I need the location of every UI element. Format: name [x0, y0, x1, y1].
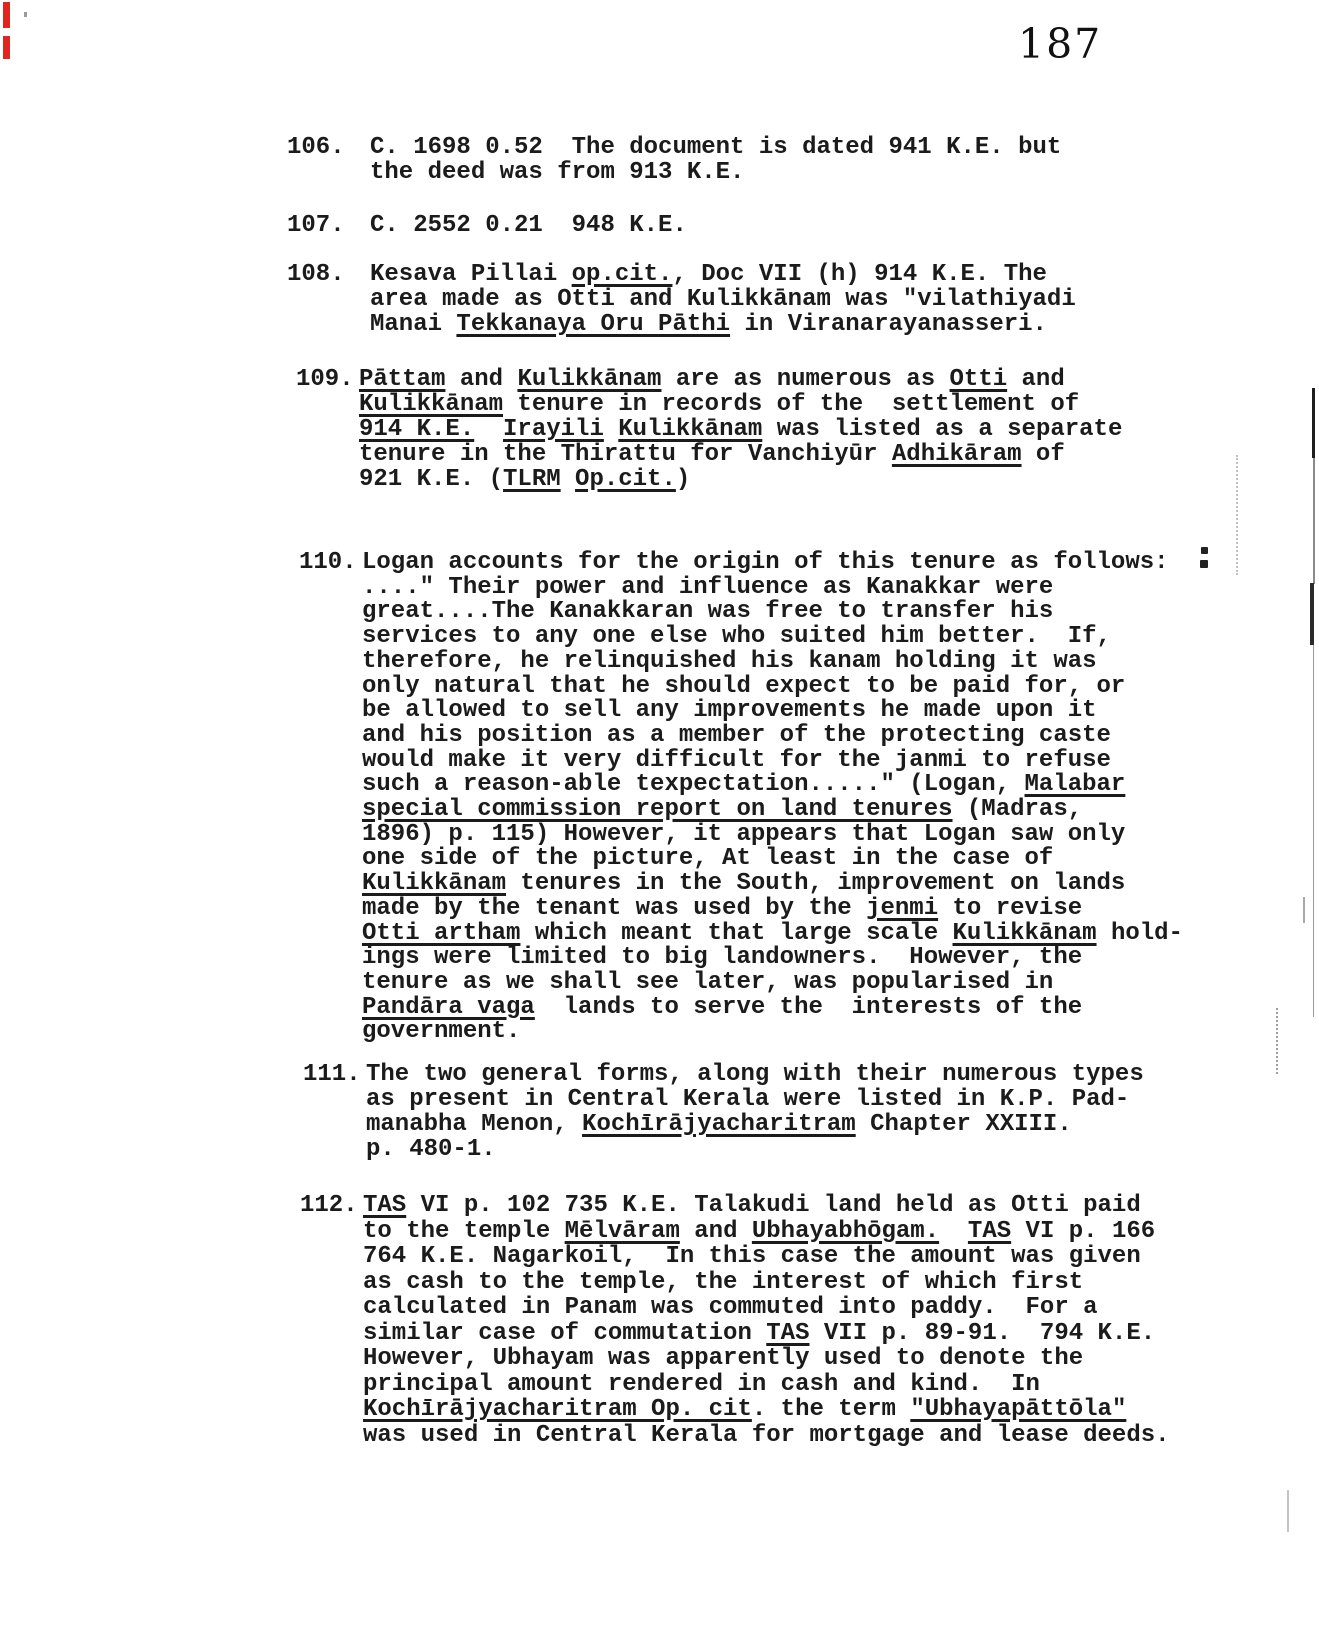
underlined-term: Kulikkānam	[618, 416, 762, 443]
underlined-term: TAS	[363, 1192, 406, 1219]
text-line: area made as Otti and Kulikkānam was "vi…	[370, 287, 1076, 312]
footnote-body: C. 2552 0.21 948 K.E.	[370, 213, 687, 238]
text-line: tenure in the Thirattu for Vanchiyūr Adh…	[359, 442, 1122, 467]
text-segment: . the term	[752, 1396, 910, 1423]
text-segment: and	[1007, 366, 1065, 393]
text-line: services to any one else who suited him …	[362, 625, 1183, 650]
footnote-111: 111.The two general forms, along with th…	[303, 1062, 1144, 1162]
text-segment: services to any one else who suited him …	[362, 623, 1111, 650]
text-segment: of	[1022, 441, 1065, 468]
underlined-term: Otti artham	[362, 920, 520, 947]
text-segment: hold-	[1097, 920, 1183, 947]
scan-edge-mark	[1276, 1008, 1280, 1074]
text-segment: VI p. 166	[1011, 1218, 1155, 1245]
text-line: manabha Menon, Kochīrājyacharitram Chapt…	[366, 1112, 1144, 1137]
text-line: However, Ubhayam was apparently used to …	[363, 1346, 1170, 1372]
text-segment: Chapter XXIII.	[856, 1111, 1072, 1138]
text-line: as present in Central Kerala were listed…	[366, 1087, 1144, 1112]
text-segment: to revise	[938, 895, 1082, 922]
underlined-term: Kochīrājyacharitram Op. cit	[363, 1396, 752, 1423]
text-segment: government.	[362, 1018, 520, 1045]
underlined-term: Kulikkānam	[517, 366, 661, 393]
footnote-110: 110.Logan accounts for the origin of thi…	[299, 551, 1183, 1045]
text-segment: tenure as we shall see later, was popula…	[362, 969, 1053, 996]
footnote-body: C. 1698 0.52 The document is dated 941 K…	[370, 135, 1061, 185]
footnote-109: 109.Pāttam and Kulikkānam are as numerou…	[296, 367, 1122, 492]
footnote-108: 108.Kesava Pillai op.cit., Doc VII (h) 9…	[287, 262, 1076, 337]
text-segment: (Madras,	[953, 796, 1083, 823]
footnote-number: 111.	[303, 1062, 366, 1162]
text-segment	[474, 416, 503, 443]
underlined-term: Tekkanaya Oru Pāthi	[456, 311, 730, 338]
text-line: to the temple Mēlvāram and Ubhayabhōgam.…	[363, 1219, 1170, 1245]
underlined-term: TLRM	[503, 466, 561, 493]
text-line: and his position as a member of the prot…	[362, 724, 1183, 749]
red-pen-mark	[3, 36, 10, 59]
text-segment: principal amount rendered in cash and ki…	[363, 1371, 1040, 1398]
footnote-107: 107.C. 2552 0.21 948 K.E.	[287, 213, 687, 238]
red-pen-mark	[3, 2, 10, 28]
text-segment: in Viranarayanasseri.	[730, 311, 1047, 338]
text-line: similar case of commutation TAS VII p. 8…	[363, 1321, 1170, 1347]
footnote-body: Kesava Pillai op.cit., Doc VII (h) 914 K…	[370, 262, 1076, 337]
text-segment: manabha Menon,	[366, 1111, 582, 1138]
scan-edge-line	[1313, 458, 1315, 584]
text-line: TAS VI p. 102 735 K.E. Talakudi land hel…	[363, 1193, 1170, 1219]
text-line: Kesava Pillai op.cit., Doc VII (h) 914 K…	[370, 262, 1076, 287]
text-segment: ...." Their power and influence as Kanak…	[362, 574, 1053, 601]
text-segment: lands to serve the interests of the	[535, 994, 1082, 1021]
underlined-term: op.cit.	[572, 261, 673, 288]
text-segment: Manai	[370, 311, 456, 338]
text-line: The two general forms, along with their …	[366, 1062, 1144, 1087]
text-segment: similar case of commutation	[363, 1320, 766, 1347]
text-segment: C. 1698 0.52 The document is dated 941 K…	[370, 134, 1061, 161]
scan-edge-line	[1310, 583, 1314, 645]
page-number: 187	[1018, 20, 1102, 68]
footnote-number: 110.	[299, 551, 362, 1045]
footnote-number: 108.	[287, 262, 370, 337]
scan-speck	[24, 12, 27, 17]
underlined-term: Kulikkānam	[953, 920, 1097, 947]
text-segment	[604, 416, 618, 443]
text-segment: to the temple	[363, 1218, 565, 1245]
text-segment: 921 K.E. (	[359, 466, 503, 493]
text-segment: one side of the picture, At least in the…	[362, 845, 1053, 872]
text-segment: , Doc VII (h) 914 K.E. The	[672, 261, 1046, 288]
underlined-term: 914 K.E.	[359, 416, 474, 443]
text-segment: Logan accounts for the origin of this te…	[362, 549, 1169, 576]
scan-edge-line	[1313, 645, 1314, 1017]
text-segment: )	[676, 466, 690, 493]
text-line: Logan accounts for the origin of this te…	[362, 551, 1183, 576]
text-segment: and his position as a member of the prot…	[362, 722, 1111, 749]
text-segment: ings were limited to big landowners. How…	[362, 944, 1082, 971]
footnote-body: The two general forms, along with their …	[366, 1062, 1144, 1162]
scan-edge-line	[1312, 388, 1315, 458]
text-segment: therefore, he relinquished his kanam hol…	[362, 648, 1097, 675]
text-segment: was used in Central Kerala for mortgage …	[363, 1422, 1170, 1449]
text-segment: would make it very difficult for the jan…	[362, 747, 1111, 774]
text-segment: was listed as a separate	[762, 416, 1122, 443]
text-line: 1896) p. 115) However, it appears that L…	[362, 823, 1183, 848]
footnote-body: Logan accounts for the origin of this te…	[362, 551, 1183, 1045]
underlined-term: Kulikkānam	[359, 391, 503, 418]
ink-blot	[1201, 547, 1208, 554]
underlined-term: Adhikāram	[892, 441, 1022, 468]
text-segment: 1896) p. 115) However, it appears that L…	[362, 821, 1125, 848]
text-segment: VI p. 102 735 K.E. Talakudi land held as…	[406, 1192, 1141, 1219]
text-line: great....The Kanakkaran was free to tran…	[362, 600, 1183, 625]
underlined-term: "Ubhayapāttōla"	[910, 1396, 1126, 1423]
text-line: the deed was from 913 K.E.	[370, 160, 1061, 185]
text-line: special commission report on land tenure…	[362, 798, 1183, 823]
text-line: Pandāra vaga lands to serve the interest…	[362, 996, 1183, 1021]
underlined-term: Pāttam	[359, 366, 445, 393]
text-segment: as present in Central Kerala were listed…	[366, 1086, 1129, 1113]
underlined-term: Ubhayabhōgam.	[752, 1218, 939, 1245]
text-segment: be allowed to sell any improvements he m…	[362, 697, 1097, 724]
underlined-term: Kochīrājyacharitram	[582, 1111, 856, 1138]
text-segment: area made as Otti and Kulikkānam was "vi…	[370, 286, 1076, 313]
text-line: C. 1698 0.52 The document is dated 941 K…	[370, 135, 1061, 160]
text-line: Pāttam and Kulikkānam are as numerous as…	[359, 367, 1122, 392]
text-segment: which meant that large scale	[520, 920, 952, 947]
text-line: 914 K.E. Irayili Kulikkānam was listed a…	[359, 417, 1122, 442]
text-line: Kulikkānam tenures in the South, improve…	[362, 872, 1183, 897]
underlined-term: Irayili	[503, 416, 604, 443]
underlined-term: TAS	[968, 1218, 1011, 1245]
underlined-term: TAS	[766, 1320, 809, 1347]
text-line: Kulikkānam tenure in records of the sett…	[359, 392, 1122, 417]
text-segment: tenures in the South, improvement on lan…	[506, 870, 1125, 897]
text-segment: only natural that he should expect to be…	[362, 673, 1125, 700]
text-line: tenure as we shall see later, was popula…	[362, 971, 1183, 996]
text-segment: and	[445, 366, 517, 393]
underlined-term: Mēlvāram	[565, 1218, 680, 1245]
text-line: principal amount rendered in cash and ki…	[363, 1372, 1170, 1398]
underlined-term: special commission report on land tenure…	[362, 796, 953, 823]
text-line: only natural that he should expect to be…	[362, 675, 1183, 700]
scan-edge-mark	[1287, 1490, 1289, 1532]
text-line: one side of the picture, At least in the…	[362, 847, 1183, 872]
text-segment: C. 2552 0.21 948 K.E.	[370, 212, 687, 239]
underlined-term: Pandāra vaga	[362, 994, 535, 1021]
text-segment: made by the tenant was used by the	[362, 895, 866, 922]
text-segment	[561, 466, 575, 493]
text-segment	[939, 1218, 968, 1245]
text-segment: calculated in Panam was commuted into pa…	[363, 1294, 1098, 1321]
text-segment: great....The Kanakkaran was free to tran…	[362, 598, 1053, 625]
footnote-112: 112.TAS VI p. 102 735 K.E. Talakudi land…	[300, 1193, 1170, 1448]
text-line: ings were limited to big landowners. How…	[362, 946, 1183, 971]
underlined-term: Kulikkānam	[362, 870, 506, 897]
underlined-term: Op.cit.	[575, 466, 676, 493]
footnote-106: 106.C. 1698 0.52 The document is dated 9…	[287, 135, 1061, 185]
text-line: as cash to the temple, the interest of w…	[363, 1270, 1170, 1296]
document-page: 187 106.C. 1698 0.52 The document is dat…	[0, 0, 1319, 1651]
footnote-number: 112.	[300, 1193, 363, 1448]
text-segment: However, Ubhayam was apparently used to …	[363, 1345, 1083, 1372]
scan-edge-mark	[1303, 897, 1305, 923]
text-line: Otti artham which meant that large scale…	[362, 922, 1183, 947]
text-segment: and	[680, 1218, 752, 1245]
text-line: C. 2552 0.21 948 K.E.	[370, 213, 687, 238]
text-segment: the deed was from 913 K.E.	[370, 159, 744, 186]
text-line: ...." Their power and influence as Kanak…	[362, 576, 1183, 601]
text-line: p. 480-1.	[366, 1137, 1144, 1162]
text-line: Manai Tekkanaya Oru Pāthi in Viranarayan…	[370, 312, 1076, 337]
footnote-number: 107.	[287, 213, 370, 238]
text-segment: 764 K.E. Nagarkoil, In this case the amo…	[363, 1243, 1141, 1270]
underlined-term: jenmi	[866, 895, 938, 922]
text-line: government.	[362, 1020, 1183, 1045]
text-line: Kochīrājyacharitram Op. cit. the term "U…	[363, 1397, 1170, 1423]
footnote-number: 109.	[296, 367, 359, 492]
footnote-body: TAS VI p. 102 735 K.E. Talakudi land hel…	[363, 1193, 1170, 1448]
text-segment: p. 480-1.	[366, 1136, 496, 1163]
text-line: such a reason-able texpectation....." (L…	[362, 773, 1183, 798]
text-segment: The two general forms, along with their …	[366, 1061, 1144, 1088]
text-line: be allowed to sell any improvements he m…	[362, 699, 1183, 724]
text-line: 921 K.E. (TLRM Op.cit.)	[359, 467, 1122, 492]
text-line: therefore, he relinquished his kanam hol…	[362, 650, 1183, 675]
text-line: made by the tenant was used by the jenmi…	[362, 897, 1183, 922]
footnote-number: 106.	[287, 135, 370, 185]
text-segment: tenure in the Thirattu for Vanchiyūr	[359, 441, 892, 468]
text-line: was used in Central Kerala for mortgage …	[363, 1423, 1170, 1449]
text-line: 764 K.E. Nagarkoil, In this case the amo…	[363, 1244, 1170, 1270]
text-segment: VII p. 89-91. 794 K.E.	[809, 1320, 1155, 1347]
text-segment: as cash to the temple, the interest of w…	[363, 1269, 1083, 1296]
text-line: calculated in Panam was commuted into pa…	[363, 1295, 1170, 1321]
text-segment: tenure in records of the settlement of	[503, 391, 1079, 418]
text-line: would make it very difficult for the jan…	[362, 749, 1183, 774]
ink-blot	[1200, 560, 1208, 568]
scan-edge-mark	[1236, 455, 1240, 575]
underlined-term: Malabar	[1025, 771, 1126, 798]
text-segment: such a reason-able texpectation....." (L…	[362, 771, 1025, 798]
text-segment: Kesava Pillai	[370, 261, 572, 288]
text-segment: are as numerous as	[661, 366, 949, 393]
underlined-term: Otti	[950, 366, 1008, 393]
footnote-body: Pāttam and Kulikkānam are as numerous as…	[359, 367, 1122, 492]
